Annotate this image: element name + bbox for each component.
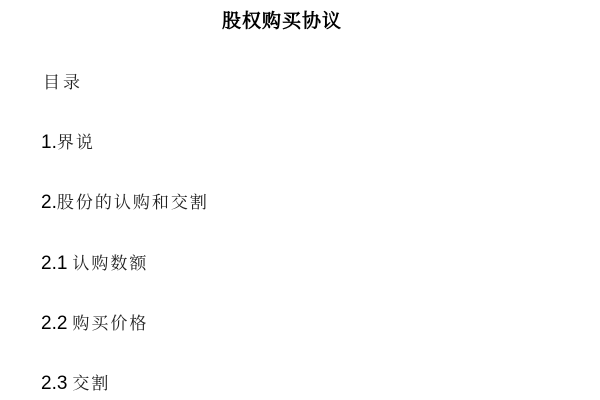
document-title: 股权购买协议 xyxy=(0,6,564,33)
toc-item-number: 2.2 xyxy=(41,313,67,334)
toc-item-number: 1. xyxy=(41,132,57,153)
toc-item-number: 2.1 xyxy=(41,253,67,274)
toc-item-text: 认购数额 xyxy=(72,254,148,274)
toc-item-text: 界说 xyxy=(57,133,95,153)
toc-item-text: 交割 xyxy=(72,374,110,394)
toc-item: 1.界说 xyxy=(41,128,95,154)
toc-item: 2.2购买价格 xyxy=(41,309,148,335)
toc-item: 2.1认购数额 xyxy=(41,249,148,275)
toc-item-text: 股份的认购和交割 xyxy=(57,193,209,213)
toc-item-number: 2.3 xyxy=(41,373,67,394)
toc-item-number: 2. xyxy=(41,192,57,213)
toc-heading: 目录 xyxy=(43,68,83,93)
toc-item: 2.股份的认购和交割 xyxy=(41,188,209,214)
toc-item-text: 购买价格 xyxy=(72,314,148,334)
toc-item: 2.3交割 xyxy=(41,369,110,395)
